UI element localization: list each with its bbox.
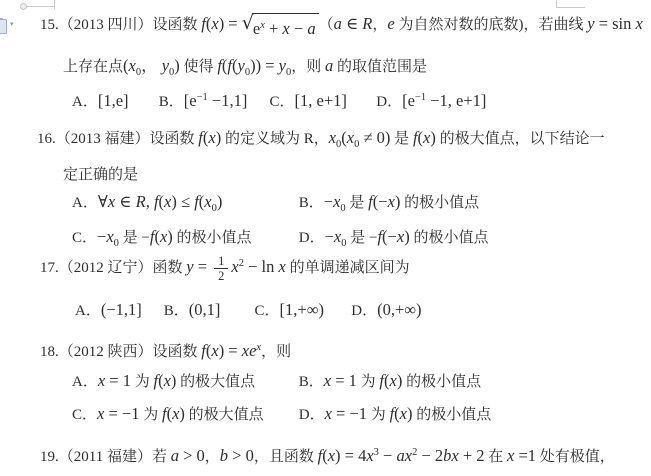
clipboard-icon [0,19,7,34]
problem-16-options-ab: A．∀x ∈ R, f(x) ≤ f(x0) B．−x0 是 f(−x) 的极小… [72,190,479,221]
problem-17-line-1: 17.（2012 辽宁）函数 y = 12x2 − ln x 的单调递减区间为 [40,252,410,283]
problem-18-option-c: C．x = −1 为 f(x) 的极大值点 [72,402,295,427]
equation-frame-corner [556,0,585,8]
chevron-down-icon: ▾ [10,21,14,28]
problem-15-option-a: A．[1,e] [72,89,155,114]
shape-handle-tick [54,0,55,9]
paste-options-button[interactable]: ▾ [0,19,18,34]
problem-18-option-b: B．x = 1 为 f(x) 的极小值点 [299,369,481,394]
problem-17-option-d: D．(0,+∞) [351,298,421,323]
problem-17-options: A．(−1,1] B．(0,1] C．[1,+∞) D．(0,+∞) [75,298,422,323]
problem-15-line-1: 15.（2013 四川）设函数 f(x) = √ex + x − a（a ∈ R… [40,12,643,42]
problem-16-option-b: B．−x0 是 f(−x) 的极小值点 [299,190,479,221]
problem-18-options-ab: A．x = 1 为 f(x) 的极大值点 B．x = 1 为 f(x) 的极小值… [72,369,481,394]
problem-15-option-b: B．[e−1 −1,1] [159,86,266,114]
problem-18-options-cd: C．x = −1 为 f(x) 的极大值点 D．x = −1 为 f(x) 的极… [72,402,491,427]
shape-handle-line [26,6,54,7]
problem-15-options: A．[1,e] B．[e−1 −1,1] C．[1, e+1] D．[e−1 −… [72,86,486,114]
problem-18-line-1: 18.（2012 陕西）设函数 f(x) = xex，则 [40,336,291,364]
problem-17-option-b: B．(0,1] [164,298,251,323]
problem-16-line-2: 定正确的是 [63,163,138,187]
problem-17-option-a: A．(−1,1] [75,298,160,323]
problem-18-option-d: D．x = −1 为 f(x) 的极小值点 [299,402,492,427]
problem-16-option-a: A．∀x ∈ R, f(x) ≤ f(x0) [72,190,295,221]
problem-18-option-a: A．x = 1 为 f(x) 的极大值点 [72,369,295,394]
problem-15-option-c: C．[1, e+1] [270,89,373,114]
problem-15-line-2: 上存在点(x0， y0) 使得 f(f(y0)) = y0，则 a 的取值范围是 [63,54,427,85]
problem-19-line-1: 19.（2011 福建）若 a > 0，b > 0，且函数 f(x) = 4x3… [40,441,615,469]
document-page: ▾ 15.（2013 四川）设函数 f(x) = √ex + x − a（a ∈… [0,0,651,476]
problem-17-option-c: C．[1,+∞) [255,298,348,323]
problem-15-option-d: D．[e−1 −1, e+1] [376,86,486,114]
problem-16-line-1: 16.（2013 福建）设函数 f(x) 的定义域为 R，x0(x0 ≠ 0) … [37,126,605,157]
